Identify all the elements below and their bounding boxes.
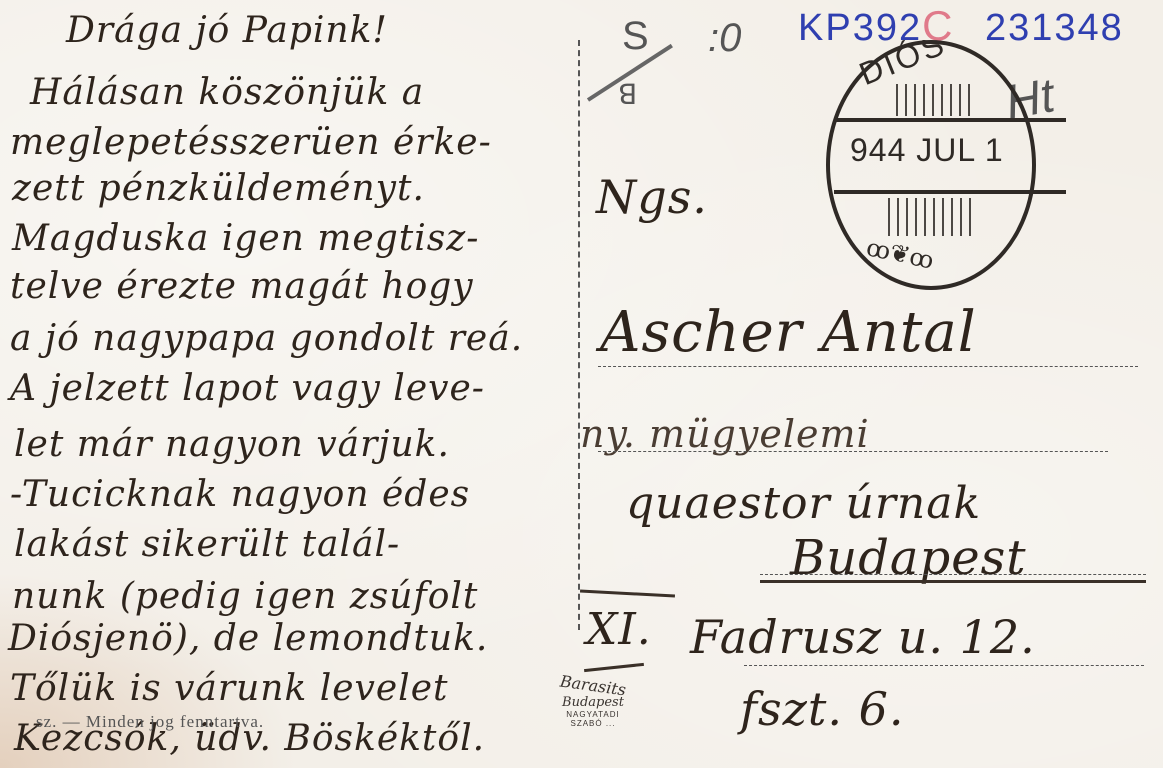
pencil-mark-glyph: ꓭ bbox=[618, 78, 637, 111]
address-city-underline bbox=[760, 580, 1146, 583]
message-line: Magduska igen megtisz- bbox=[12, 218, 479, 259]
publisher-line-1: NAGYATADI bbox=[538, 710, 648, 719]
postmark-band-top bbox=[834, 118, 1066, 122]
publisher-stamp: Barasits Budapest NAGYATADI SZABÓ ... bbox=[538, 676, 648, 728]
address-title: ny. mügyelemi bbox=[580, 412, 870, 456]
address-district: XI. bbox=[586, 604, 652, 655]
address-salutation: Ngs. bbox=[596, 170, 708, 224]
address-street: Fadrusz u. 12. bbox=[690, 610, 1036, 664]
postmark-hatch-top bbox=[896, 84, 970, 116]
message-line: lakást sikerült talál- bbox=[14, 524, 400, 565]
printed-copyright: sz. — Minden jog fenntartva. bbox=[36, 712, 264, 732]
address-title-2: quaestor úrnak bbox=[626, 478, 981, 529]
pencil-mark-ratio: :0 bbox=[708, 16, 741, 61]
address-name: Ascher Antal bbox=[600, 300, 977, 365]
address-line-4 bbox=[744, 665, 1144, 666]
address-city: Budapest bbox=[790, 530, 1027, 586]
message-line: nunk (pedig igen zsúfolt bbox=[12, 576, 478, 617]
postmark-band-bottom bbox=[834, 190, 1066, 194]
message-line: meglepetésszerüen érke- bbox=[10, 122, 492, 163]
address-line-2 bbox=[598, 451, 1108, 452]
message-line: A jelzett lapot vagy leve- bbox=[10, 368, 485, 409]
message-line: -Tucicknak nagyon édes bbox=[10, 474, 470, 515]
postcard-back: KP392C 231348 S :0 ꓭ Ht DIÓS 944 JUL 1 ꝏ… bbox=[0, 0, 1163, 768]
postmark-date: 944 JUL 1 bbox=[850, 132, 1004, 169]
postmark-stamp: DIÓS 944 JUL 1 ꝏ❦ꝏ bbox=[826, 40, 1066, 290]
district-underline bbox=[584, 663, 644, 672]
message-line: telve érezte magát hogy bbox=[10, 266, 474, 307]
message-line: Hálásan köszönjük a bbox=[30, 72, 424, 113]
message-line: Tőlük is várunk levelet bbox=[10, 668, 448, 709]
message-line: Drága jó Papink! bbox=[66, 10, 388, 51]
handwritten-underline-left bbox=[580, 590, 675, 598]
center-divider bbox=[578, 40, 580, 630]
publisher-line-2: SZABÓ ... bbox=[538, 719, 648, 728]
message-line: Diósjenö), de lemondtuk. bbox=[8, 618, 488, 659]
address-line-3 bbox=[760, 574, 1146, 575]
message-line: zett pénzküldeményt. bbox=[12, 168, 425, 209]
address-floor: fszt. 6. bbox=[740, 682, 905, 736]
message-line: let már nagyon várjuk. bbox=[14, 424, 450, 465]
pencil-mark-s: S bbox=[622, 14, 649, 59]
message-line: a jó nagypapa gondolt reá. bbox=[10, 318, 523, 359]
address-line-1 bbox=[598, 366, 1138, 367]
postmark-hatch-bottom bbox=[888, 198, 972, 236]
